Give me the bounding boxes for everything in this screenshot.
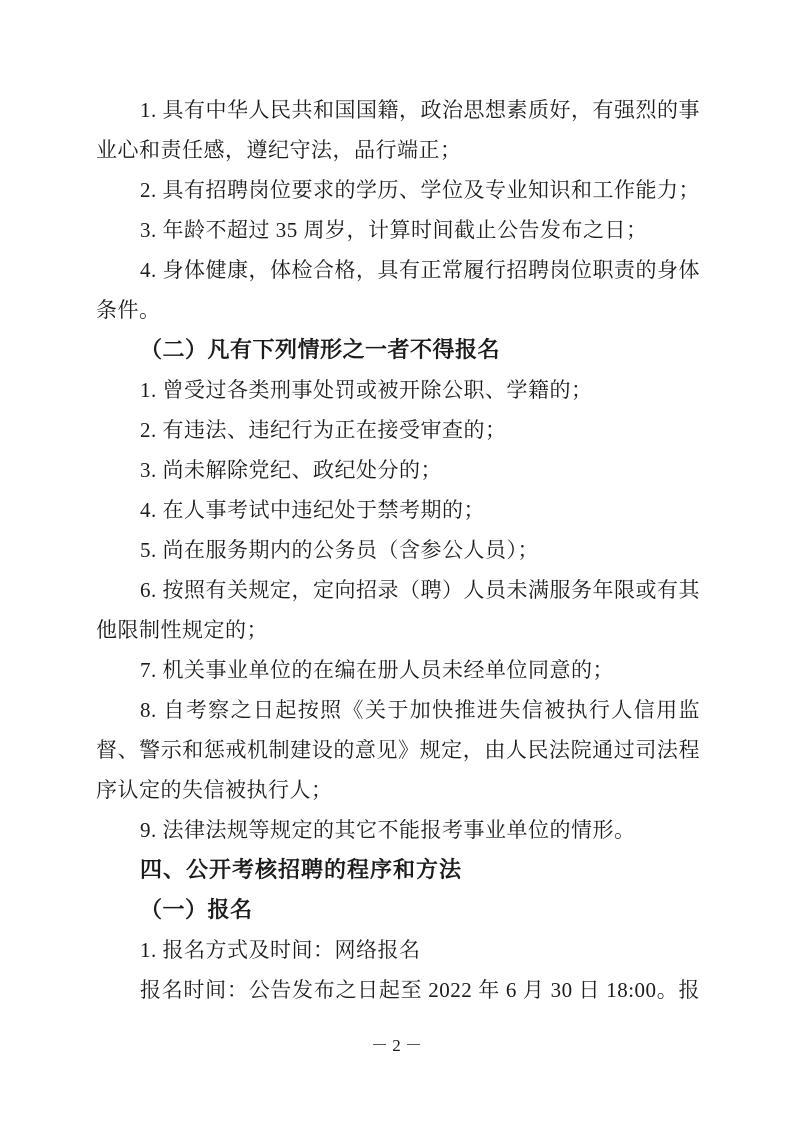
paragraph: 6. 按照有关规定，定向招录（聘）人员未满服务年限或有其他限制性规定的； [96,570,700,650]
text-line: 他限制性规定的； [96,610,700,650]
paragraph: 1. 曾受过各类刑事处罚或被开除公职、学籍的； [96,370,700,410]
paragraph: 8. 自考察之日起按照《关于加快推进失信被执行人信用监督、警示和惩戒机制建设的意… [96,690,700,810]
paragraph: 3. 年龄不超过 35 周岁，计算时间截止公告发布之日； [96,210,700,250]
text-line: 3. 尚未解除党纪、政纪处分的； [96,450,700,490]
text-line: 4. 在人事考试中违纪处于禁考期的； [96,490,700,530]
paragraph: 5. 尚在服务期内的公务员（含参公人员）； [96,530,700,570]
section-heading: （一）报名 [96,890,700,930]
paragraph: 报名时间：公告发布之日起至 2022 年 6 月 30 日 18:00。报 [96,970,700,1010]
text-line: 1. 报名方式及时间：网络报名 [96,930,700,970]
section-heading: 四、公开考核招聘的程序和方法 [96,850,700,890]
paragraph: 7. 机关事业单位的在编在册人员未经单位同意的； [96,650,700,690]
page-footer: － 2 － [0,1028,793,1064]
text-line: 8. 自考察之日起按照《关于加快推进失信被执行人信用监 [96,690,700,730]
paragraph: 9. 法律法规等规定的其它不能报考事业单位的情形。 [96,810,700,850]
text-line: 1. 曾受过各类刑事处罚或被开除公职、学籍的； [96,370,700,410]
paragraph: 1. 具有中华人民共和国国籍，政治思想素质好，有强烈的事业心和责任感，遵纪守法，… [96,90,700,170]
paragraph: 3. 尚未解除党纪、政纪处分的； [96,450,700,490]
text-line: 1. 具有中华人民共和国国籍，政治思想素质好，有强烈的事 [96,90,700,130]
text-line: 3. 年龄不超过 35 周岁，计算时间截止公告发布之日； [96,210,700,250]
section-heading: （二）凡有下列情形之一者不得报名 [96,330,700,370]
text-line: 2. 有违法、违纪行为正在接受审查的； [96,410,700,450]
text-line: 报名时间：公告发布之日起至 2022 年 6 月 30 日 18:00。报 [96,970,700,1010]
text-line: 4. 身体健康，体检合格，具有正常履行招聘岗位职责的身体 [96,250,700,290]
text-line: 5. 尚在服务期内的公务员（含参公人员）； [96,530,700,570]
text-line: （一）报名 [96,890,700,930]
text-line: （二）凡有下列情形之一者不得报名 [96,330,700,370]
text-line: 条件。 [96,290,700,330]
text-line: 业心和责任感，遵纪守法，品行端正； [96,130,700,170]
document-content: 1. 具有中华人民共和国国籍，政治思想素质好，有强烈的事业心和责任感，遵纪守法，… [96,90,700,1010]
text-line: 督、警示和惩戒机制建设的意见》规定，由人民法院通过司法程 [96,730,700,770]
text-line: 2. 具有招聘岗位要求的学历、学位及专业知识和工作能力； [96,170,700,210]
page-number: － 2 － [371,1036,422,1055]
document-page: 1. 具有中华人民共和国国籍，政治思想素质好，有强烈的事业心和责任感，遵纪守法，… [0,0,793,1122]
paragraph: 4. 身体健康，体检合格，具有正常履行招聘岗位职责的身体条件。 [96,250,700,330]
text-line: 9. 法律法规等规定的其它不能报考事业单位的情形。 [96,810,700,850]
paragraph: 1. 报名方式及时间：网络报名 [96,930,700,970]
text-line: 6. 按照有关规定，定向招录（聘）人员未满服务年限或有其 [96,570,700,610]
text-line: 序认定的失信被执行人； [96,770,700,810]
text-line: 7. 机关事业单位的在编在册人员未经单位同意的； [96,650,700,690]
text-line: 四、公开考核招聘的程序和方法 [96,850,700,890]
paragraph: 4. 在人事考试中违纪处于禁考期的； [96,490,700,530]
paragraph: 2. 有违法、违纪行为正在接受审查的； [96,410,700,450]
paragraph: 2. 具有招聘岗位要求的学历、学位及专业知识和工作能力； [96,170,700,210]
